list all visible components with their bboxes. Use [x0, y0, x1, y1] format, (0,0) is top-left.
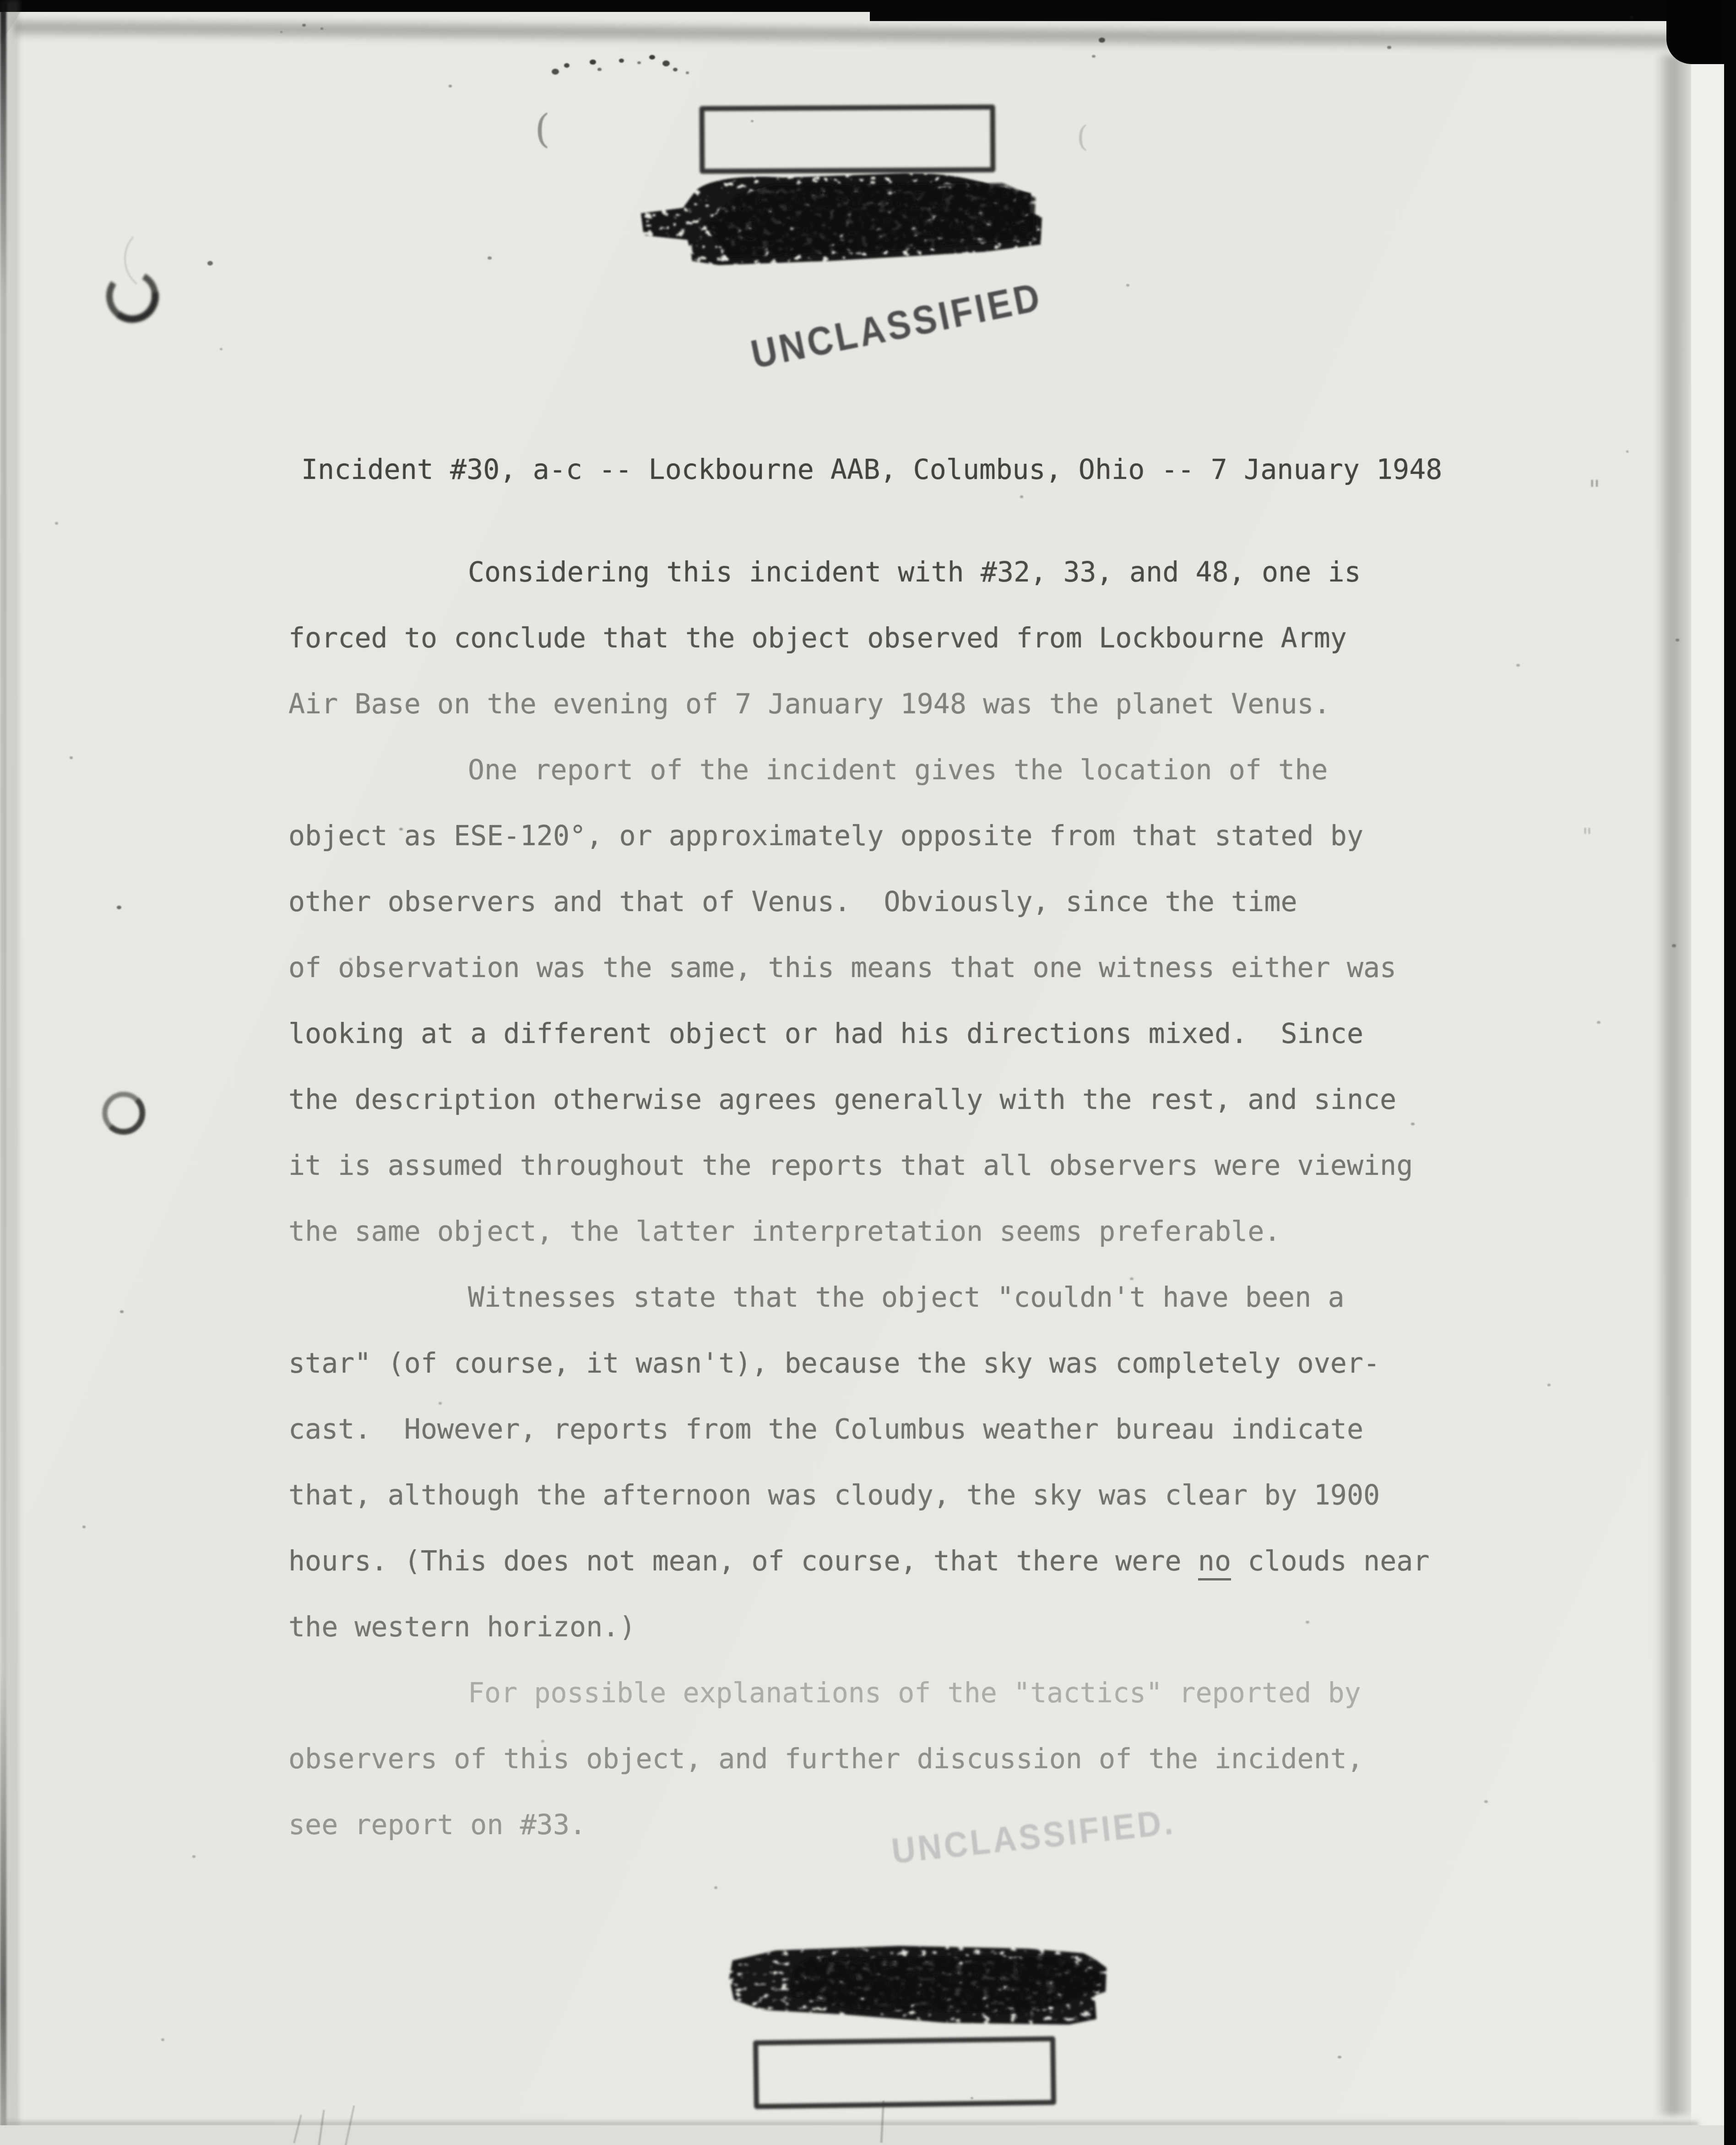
dust-speck [673, 68, 678, 71]
typed-line: looking at a different object or had his… [288, 1013, 1363, 1054]
unclassified-stamp-bottom: UNCLASSIFIED. [890, 1801, 1177, 1872]
dust-speck [120, 1310, 124, 1313]
dust-speck [70, 756, 73, 759]
dust-speck [649, 55, 655, 60]
typed-line: forced to conclude that the object obser… [288, 618, 1347, 659]
dust-speck [55, 522, 58, 525]
dust-speck [349, 958, 352, 961]
dust-speck [1306, 1621, 1309, 1624]
dust-speck [1411, 1123, 1415, 1125]
dust-speck [207, 261, 213, 266]
dust-speck [488, 256, 492, 260]
dust-speck [439, 1402, 442, 1405]
ink-ring-mark-lower [100, 1090, 150, 1140]
dust-speck [1099, 38, 1105, 43]
typed-line: other observers and that of Venus. Obvio… [288, 881, 1297, 923]
typed-line: Considering this incident with #32, 33, … [468, 552, 1361, 593]
stray-pen-mark: " [1589, 475, 1600, 505]
typed-line: One report of the incident gives the loc… [468, 749, 1328, 791]
scanned-document-photo: { "document": { "stamp_top": "UNCLASSIFI… [0, 0, 1736, 2145]
dust-speck [1020, 495, 1023, 498]
dust-speck [320, 27, 323, 30]
scan-edge-left [0, 0, 6, 2145]
scan-edge-right [1724, 0, 1736, 2145]
dust-speck [971, 2097, 973, 2099]
faint-arc-mark [114, 215, 197, 302]
dust-speck [1597, 1021, 1600, 1024]
typed-line: it is assumed throughout the reports tha… [288, 1145, 1413, 1186]
dust-speck [1672, 944, 1676, 947]
dust-speck [1092, 55, 1096, 58]
page-edge-shadow [1655, 55, 1692, 2115]
dust-speck [1387, 46, 1391, 49]
stray-pen-mark: ( [1077, 120, 1088, 154]
incident-heading: Incident #30, a-c -- Lockbourne AAB, Col… [301, 449, 1443, 490]
dust-speck [302, 24, 306, 27]
dust-speck [564, 63, 570, 68]
dust-speck [597, 68, 602, 71]
backing-paper-strip [1691, 0, 1725, 2145]
scan-edge-top-right [870, 0, 1736, 21]
scan-edge-left-shade [5, 0, 19, 2145]
typed-line: hours. (This does not mean, of course, t… [288, 1541, 1430, 1582]
stamp-box-outline-bottom [753, 2036, 1056, 2109]
dust-speck [192, 1855, 195, 1858]
dust-speck [280, 31, 282, 33]
dust-speck [1126, 284, 1129, 287]
typed-line: star" (of course, it wasn't), because th… [288, 1343, 1380, 1384]
backing-paper-bottom [0, 2125, 1724, 2145]
dust-speck [541, 1740, 544, 1743]
typed-line: object as ESE-120°, or approximately opp… [288, 815, 1363, 857]
typed-line: the western horizon.) [288, 1607, 636, 1648]
dust-speck [449, 85, 452, 87]
typed-line: see report on #33. [288, 1804, 586, 1846]
underlined-word: no [1198, 1545, 1231, 1580]
dust-speck [1630, 16, 1633, 19]
redaction-smudge-bottom [707, 1940, 1119, 2041]
typed-line: Witnesses state that the object "couldn'… [468, 1277, 1345, 1318]
dust-speck [1676, 639, 1679, 641]
typed-line: the description otherwise agrees general… [288, 1079, 1396, 1120]
scan-edge-top-left [0, 0, 961, 12]
dust-speck [590, 60, 596, 65]
typed-line: the same object, the latter interpretati… [288, 1211, 1280, 1252]
dust-speck [662, 60, 670, 66]
dust-speck [220, 348, 222, 350]
stray-pen-mark: ( [535, 106, 550, 152]
dust-speck [619, 59, 624, 63]
dust-speck [751, 120, 754, 122]
redaction-smudge-top [636, 170, 1053, 269]
stamp-box-outline-top [700, 104, 996, 174]
typed-line: that, although the afternoon was cloudy,… [288, 1475, 1380, 1516]
dust-speck [1516, 664, 1520, 667]
dust-speck [82, 1526, 86, 1528]
stray-pen-mark: · [1624, 440, 1630, 463]
scan-smudge-band [14, 16, 1671, 51]
unclassified-stamp-top: UNCLASSIFIED [747, 273, 1047, 378]
typed-line: Air Base on the evening of 7 January 194… [288, 684, 1330, 725]
dust-speck [637, 61, 641, 64]
dust-speck [552, 69, 559, 75]
dust-speck [714, 1886, 717, 1889]
dust-speck [1547, 1384, 1551, 1386]
stray-pen-mark: " [1582, 824, 1592, 850]
typed-line: of observation was the same, this means … [288, 947, 1396, 988]
dust-speck [399, 828, 403, 831]
typed-line: cast. However, reports from the Columbus… [288, 1409, 1363, 1450]
dust-speck [1484, 1800, 1488, 1803]
dust-speck [117, 906, 121, 909]
typed-line: For possible explanations of the "tactic… [468, 1673, 1361, 1714]
dust-speck [686, 71, 689, 74]
dust-speck [1130, 1277, 1134, 1280]
dust-speck [1338, 2056, 1341, 2058]
dust-speck [161, 2038, 164, 2041]
typed-line: observers of this object, and further di… [288, 1738, 1363, 1780]
